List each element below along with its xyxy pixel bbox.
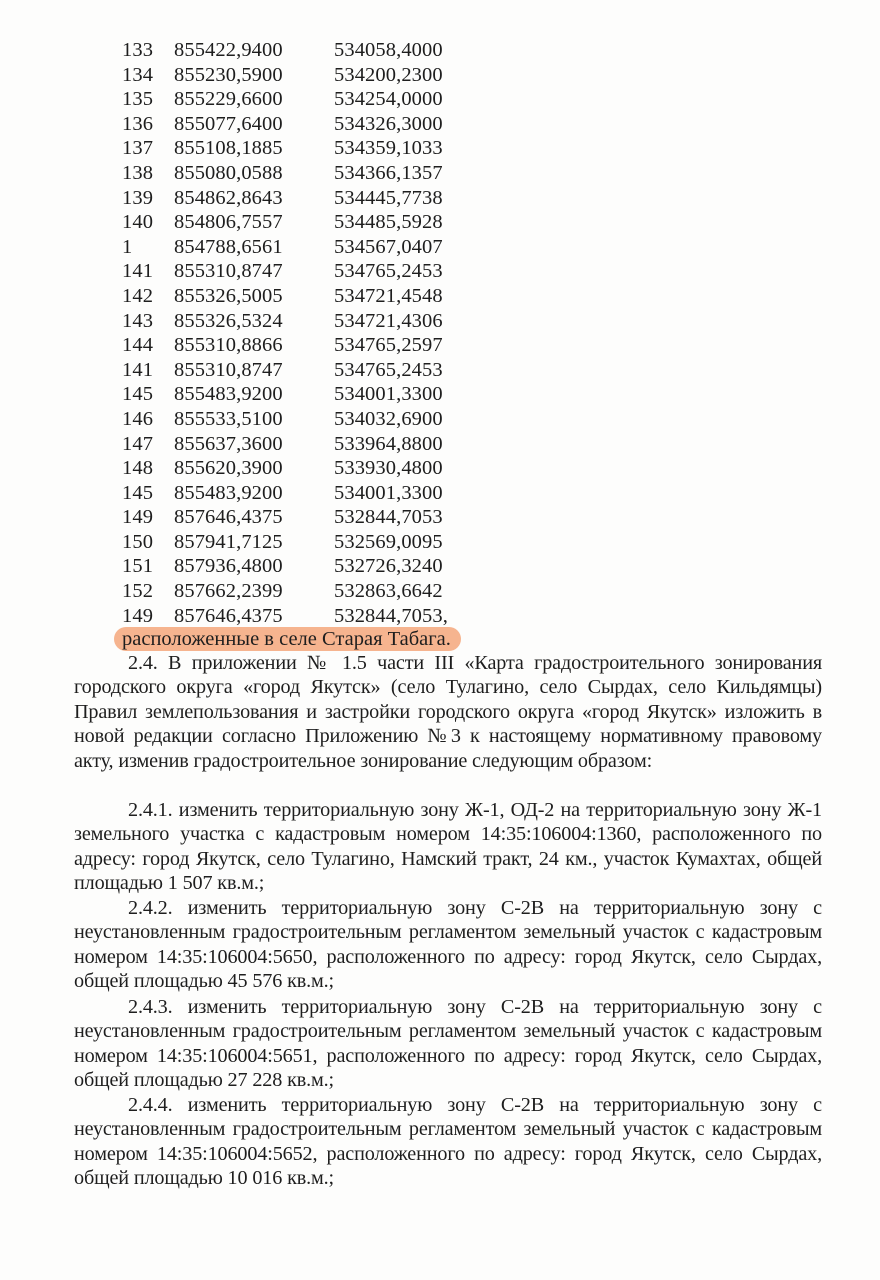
- paragraph-2-4-4-text: 2.4.4. изменить территориальную зону С-2…: [74, 1093, 822, 1191]
- point-number-cell: 143: [122, 309, 174, 334]
- paragraph-2-4-2: 2.4.2. изменить территориальную зону С-2…: [74, 896, 822, 994]
- table-row: 151857936,4800532726,3240: [122, 554, 494, 579]
- table-row: 137855108,1885534359,1033: [122, 136, 494, 161]
- y-coordinate-cell: 534001,3300: [334, 481, 494, 506]
- table-row: 135855229,6600534254,0000: [122, 87, 494, 112]
- y-coordinate-cell: 534032,6900: [334, 407, 494, 432]
- table-row: 141855310,8747534765,2453: [122, 259, 494, 284]
- point-number-cell: 147: [122, 432, 174, 457]
- paragraph-2-4-4: 2.4.4. изменить территориальную зону С-2…: [74, 1093, 822, 1191]
- y-coordinate-cell: 534254,0000: [334, 87, 494, 112]
- y-coordinate-cell: 532844,7053: [334, 505, 494, 530]
- point-number-cell: 144: [122, 333, 174, 358]
- x-coordinate-cell: 855326,5005: [174, 284, 334, 309]
- table-row: 136855077,6400534326,3000: [122, 112, 494, 137]
- y-coordinate-cell: 534001,3300: [334, 382, 494, 407]
- x-coordinate-cell: 855230,5900: [174, 63, 334, 88]
- table-row: 141855310,8747534765,2453: [122, 358, 494, 383]
- point-number-cell: 146: [122, 407, 174, 432]
- point-number-cell: 134: [122, 63, 174, 88]
- x-coordinate-cell: 855483,9200: [174, 481, 334, 506]
- y-coordinate-cell: 534200,2300: [334, 63, 494, 88]
- paragraph-2-4-2-text: 2.4.2. изменить территориальную зону С-2…: [74, 896, 822, 994]
- paragraph-2-4: 2.4. В приложении № 1.5 части III «Карта…: [74, 651, 822, 773]
- y-coordinate-cell: 533964,8800: [334, 432, 494, 457]
- x-coordinate-cell: 857941,7125: [174, 530, 334, 555]
- table-row: 152857662,2399532863,6642: [122, 579, 494, 604]
- point-number-cell: 145: [122, 382, 174, 407]
- point-number-cell: 137: [122, 136, 174, 161]
- x-coordinate-cell: 855229,6600: [174, 87, 334, 112]
- x-coordinate-cell: 857646,4375: [174, 604, 334, 629]
- x-coordinate-cell: 855533,5100: [174, 407, 334, 432]
- x-coordinate-cell: 855483,9200: [174, 382, 334, 407]
- document-page: 133855422,9400534058,4000134855230,59005…: [0, 0, 880, 1280]
- y-coordinate-cell: 534445,7738: [334, 186, 494, 211]
- point-number-cell: 136: [122, 112, 174, 137]
- table-row: 147855637,3600533964,8800: [122, 432, 494, 457]
- y-coordinate-cell: 534765,2453: [334, 259, 494, 284]
- table-row: 1854788,6561534567,0407: [122, 235, 494, 260]
- x-coordinate-cell: 854862,8643: [174, 186, 334, 211]
- table-row: 145855483,9200534001,3300: [122, 382, 494, 407]
- x-coordinate-cell: 855637,3600: [174, 432, 334, 457]
- point-number-cell: 1: [122, 235, 174, 260]
- table-row: 133855422,9400534058,4000: [122, 38, 494, 63]
- table-row: 142855326,5005534721,4548: [122, 284, 494, 309]
- point-number-cell: 140: [122, 210, 174, 235]
- table-row: 145855483,9200534001,3300: [122, 481, 494, 506]
- paragraph-2-4-text: 2.4. В приложении № 1.5 части III «Карта…: [74, 651, 822, 773]
- point-number-cell: 148: [122, 456, 174, 481]
- coordinates-table: 133855422,9400534058,4000134855230,59005…: [122, 38, 494, 628]
- table-row: 144855310,8866534765,2597: [122, 333, 494, 358]
- point-number-cell: 141: [122, 259, 174, 284]
- table-row: 139854862,8643534445,7738: [122, 186, 494, 211]
- y-coordinate-cell: 534721,4548: [334, 284, 494, 309]
- point-number-cell: 142: [122, 284, 174, 309]
- table-row: 148855620,3900533930,4800: [122, 456, 494, 481]
- paragraph-2-4-3-text: 2.4.3. изменить территориальную зону С-2…: [74, 995, 822, 1093]
- y-coordinate-cell: 532569,0095: [334, 530, 494, 555]
- point-number-cell: 152: [122, 579, 174, 604]
- point-number-cell: 135: [122, 87, 174, 112]
- x-coordinate-cell: 855310,8747: [174, 358, 334, 383]
- x-coordinate-cell: 855108,1885: [174, 136, 334, 161]
- y-coordinate-cell: 532844,7053,: [334, 604, 494, 629]
- point-number-cell: 149: [122, 604, 174, 629]
- y-coordinate-cell: 534359,1033: [334, 136, 494, 161]
- x-coordinate-cell: 855310,8747: [174, 259, 334, 284]
- y-coordinate-cell: 534721,4306: [334, 309, 494, 334]
- x-coordinate-cell: 855077,6400: [174, 112, 334, 137]
- table-row: 146855533,5100534032,6900: [122, 407, 494, 432]
- point-number-cell: 138: [122, 161, 174, 186]
- x-coordinate-cell: 855326,5324: [174, 309, 334, 334]
- table-row: 149857646,4375532844,7053: [122, 505, 494, 530]
- x-coordinate-cell: 854788,6561: [174, 235, 334, 260]
- point-number-cell: 133: [122, 38, 174, 63]
- y-coordinate-cell: 534567,0407: [334, 235, 494, 260]
- y-coordinate-cell: 534366,1357: [334, 161, 494, 186]
- table-row: 138855080,0588534366,1357: [122, 161, 494, 186]
- y-coordinate-cell: 534765,2597: [334, 333, 494, 358]
- y-coordinate-cell: 532726,3240: [334, 554, 494, 579]
- table-row: 143855326,5324534721,4306: [122, 309, 494, 334]
- table-row: 149857646,4375532844,7053,: [122, 604, 494, 629]
- highlighted-location-text: расположенные в селе Старая Табага.: [114, 627, 461, 651]
- y-coordinate-cell: 534058,4000: [334, 38, 494, 63]
- point-number-cell: 150: [122, 530, 174, 555]
- table-row: 140854806,7557534485,5928: [122, 210, 494, 235]
- paragraph-2-4-1: 2.4.1. изменить территориальную зону Ж-1…: [74, 798, 822, 896]
- x-coordinate-cell: 854806,7557: [174, 210, 334, 235]
- paragraph-2-4-3: 2.4.3. изменить территориальную зону С-2…: [74, 995, 822, 1093]
- x-coordinate-cell: 855310,8866: [174, 333, 334, 358]
- x-coordinate-cell: 855080,0588: [174, 161, 334, 186]
- y-coordinate-cell: 534765,2453: [334, 358, 494, 383]
- table-row: 150857941,7125532569,0095: [122, 530, 494, 555]
- y-coordinate-cell: 534326,3000: [334, 112, 494, 137]
- table-row: 134855230,5900534200,2300: [122, 63, 494, 88]
- x-coordinate-cell: 855422,9400: [174, 38, 334, 63]
- x-coordinate-cell: 857662,2399: [174, 579, 334, 604]
- y-coordinate-cell: 532863,6642: [334, 579, 494, 604]
- point-number-cell: 139: [122, 186, 174, 211]
- point-number-cell: 145: [122, 481, 174, 506]
- x-coordinate-cell: 857646,4375: [174, 505, 334, 530]
- y-coordinate-cell: 533930,4800: [334, 456, 494, 481]
- point-number-cell: 149: [122, 505, 174, 530]
- y-coordinate-cell: 534485,5928: [334, 210, 494, 235]
- x-coordinate-cell: 857936,4800: [174, 554, 334, 579]
- x-coordinate-cell: 855620,3900: [174, 456, 334, 481]
- paragraph-2-4-1-text: 2.4.1. изменить территориальную зону Ж-1…: [74, 798, 822, 896]
- point-number-cell: 151: [122, 554, 174, 579]
- point-number-cell: 141: [122, 358, 174, 383]
